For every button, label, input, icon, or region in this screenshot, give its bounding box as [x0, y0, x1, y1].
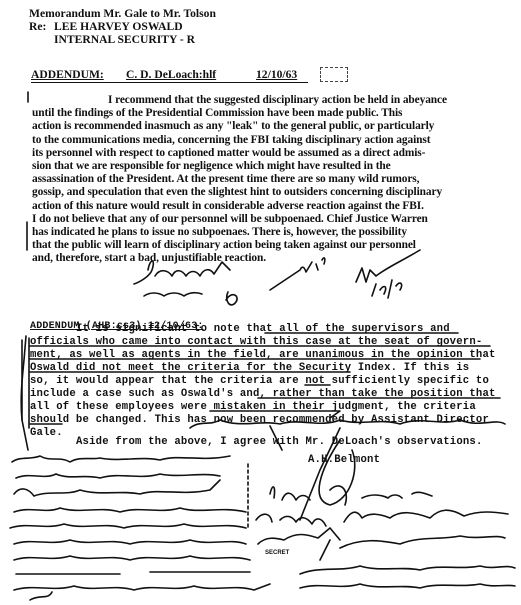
paragraph-line: until the findings of the Presidential C…: [32, 107, 402, 120]
redaction-box: [320, 67, 348, 82]
belmont-signature: A.H.Belmont: [308, 454, 380, 467]
secret-mark: SECRET: [265, 550, 289, 556]
paragraph-line: so, it would appear that the criteria ar…: [30, 375, 489, 388]
memo-page: Memorandum Mr. Gale to Mr. Tolson Re: LE…: [0, 0, 521, 605]
paragraph-line: Oswald did not meet the criteria for the…: [30, 362, 469, 375]
re-label: Re:: [29, 20, 46, 34]
paragraph-line: and, therefore, start a bad, unjustifiab…: [32, 252, 266, 265]
handwritten-annotations: [0, 0, 521, 605]
paragraph-line: that the public will learn of disciplina…: [32, 239, 416, 252]
paragraph-line: its personnel with respect to captioned …: [32, 147, 425, 160]
subject-line: LEE HARVEY OSWALD: [54, 20, 183, 34]
paragraph-line: It is significant to note that all of th…: [76, 323, 450, 336]
addendum-author: C. D. DeLoach:hlf: [126, 68, 216, 82]
paragraph-line: include a case such as Oswald's and, rat…: [30, 388, 496, 401]
paragraph-line: has indicated he plans to issue no subpo…: [32, 226, 407, 239]
subject-line-2: INTERNAL SECURITY - R: [54, 33, 195, 47]
paragraph-line: to the communications media, concerning …: [32, 134, 430, 147]
addendum-date: 12/10/63: [256, 68, 297, 82]
paragraph-line: all of these employees were mistaken in …: [30, 401, 476, 414]
paragraph-line: should be changed. This has now been rec…: [30, 414, 489, 427]
paragraph-line: sion that we are responsible for neglige…: [32, 160, 391, 173]
paragraph-line: assassination of the President. At the p…: [32, 173, 419, 186]
addendum-label: ADDENDUM:: [31, 68, 104, 82]
paragraph-line: I recommend that the suggested disciplin…: [108, 94, 447, 107]
addendum-underline: [31, 82, 308, 83]
paragraph-line: Gale.: [30, 427, 63, 440]
paragraph-line: gossip, and speculation that even the sl…: [32, 186, 442, 199]
paragraph-line: officials who came into contact with thi…: [30, 336, 482, 349]
paragraph-line: I do not believe that any of our personn…: [32, 213, 428, 226]
paragraph-line: ment, as well as agents in the field, ar…: [30, 349, 496, 362]
paragraph-line: action of this nature would result in co…: [32, 200, 424, 213]
memo-title: Memorandum Mr. Gale to Mr. Tolson: [29, 7, 216, 21]
paragraph-line: action is recommended inasmuch as any "l…: [32, 120, 434, 133]
aside-text: Aside from the above, I agree with Mr. D…: [76, 436, 483, 449]
